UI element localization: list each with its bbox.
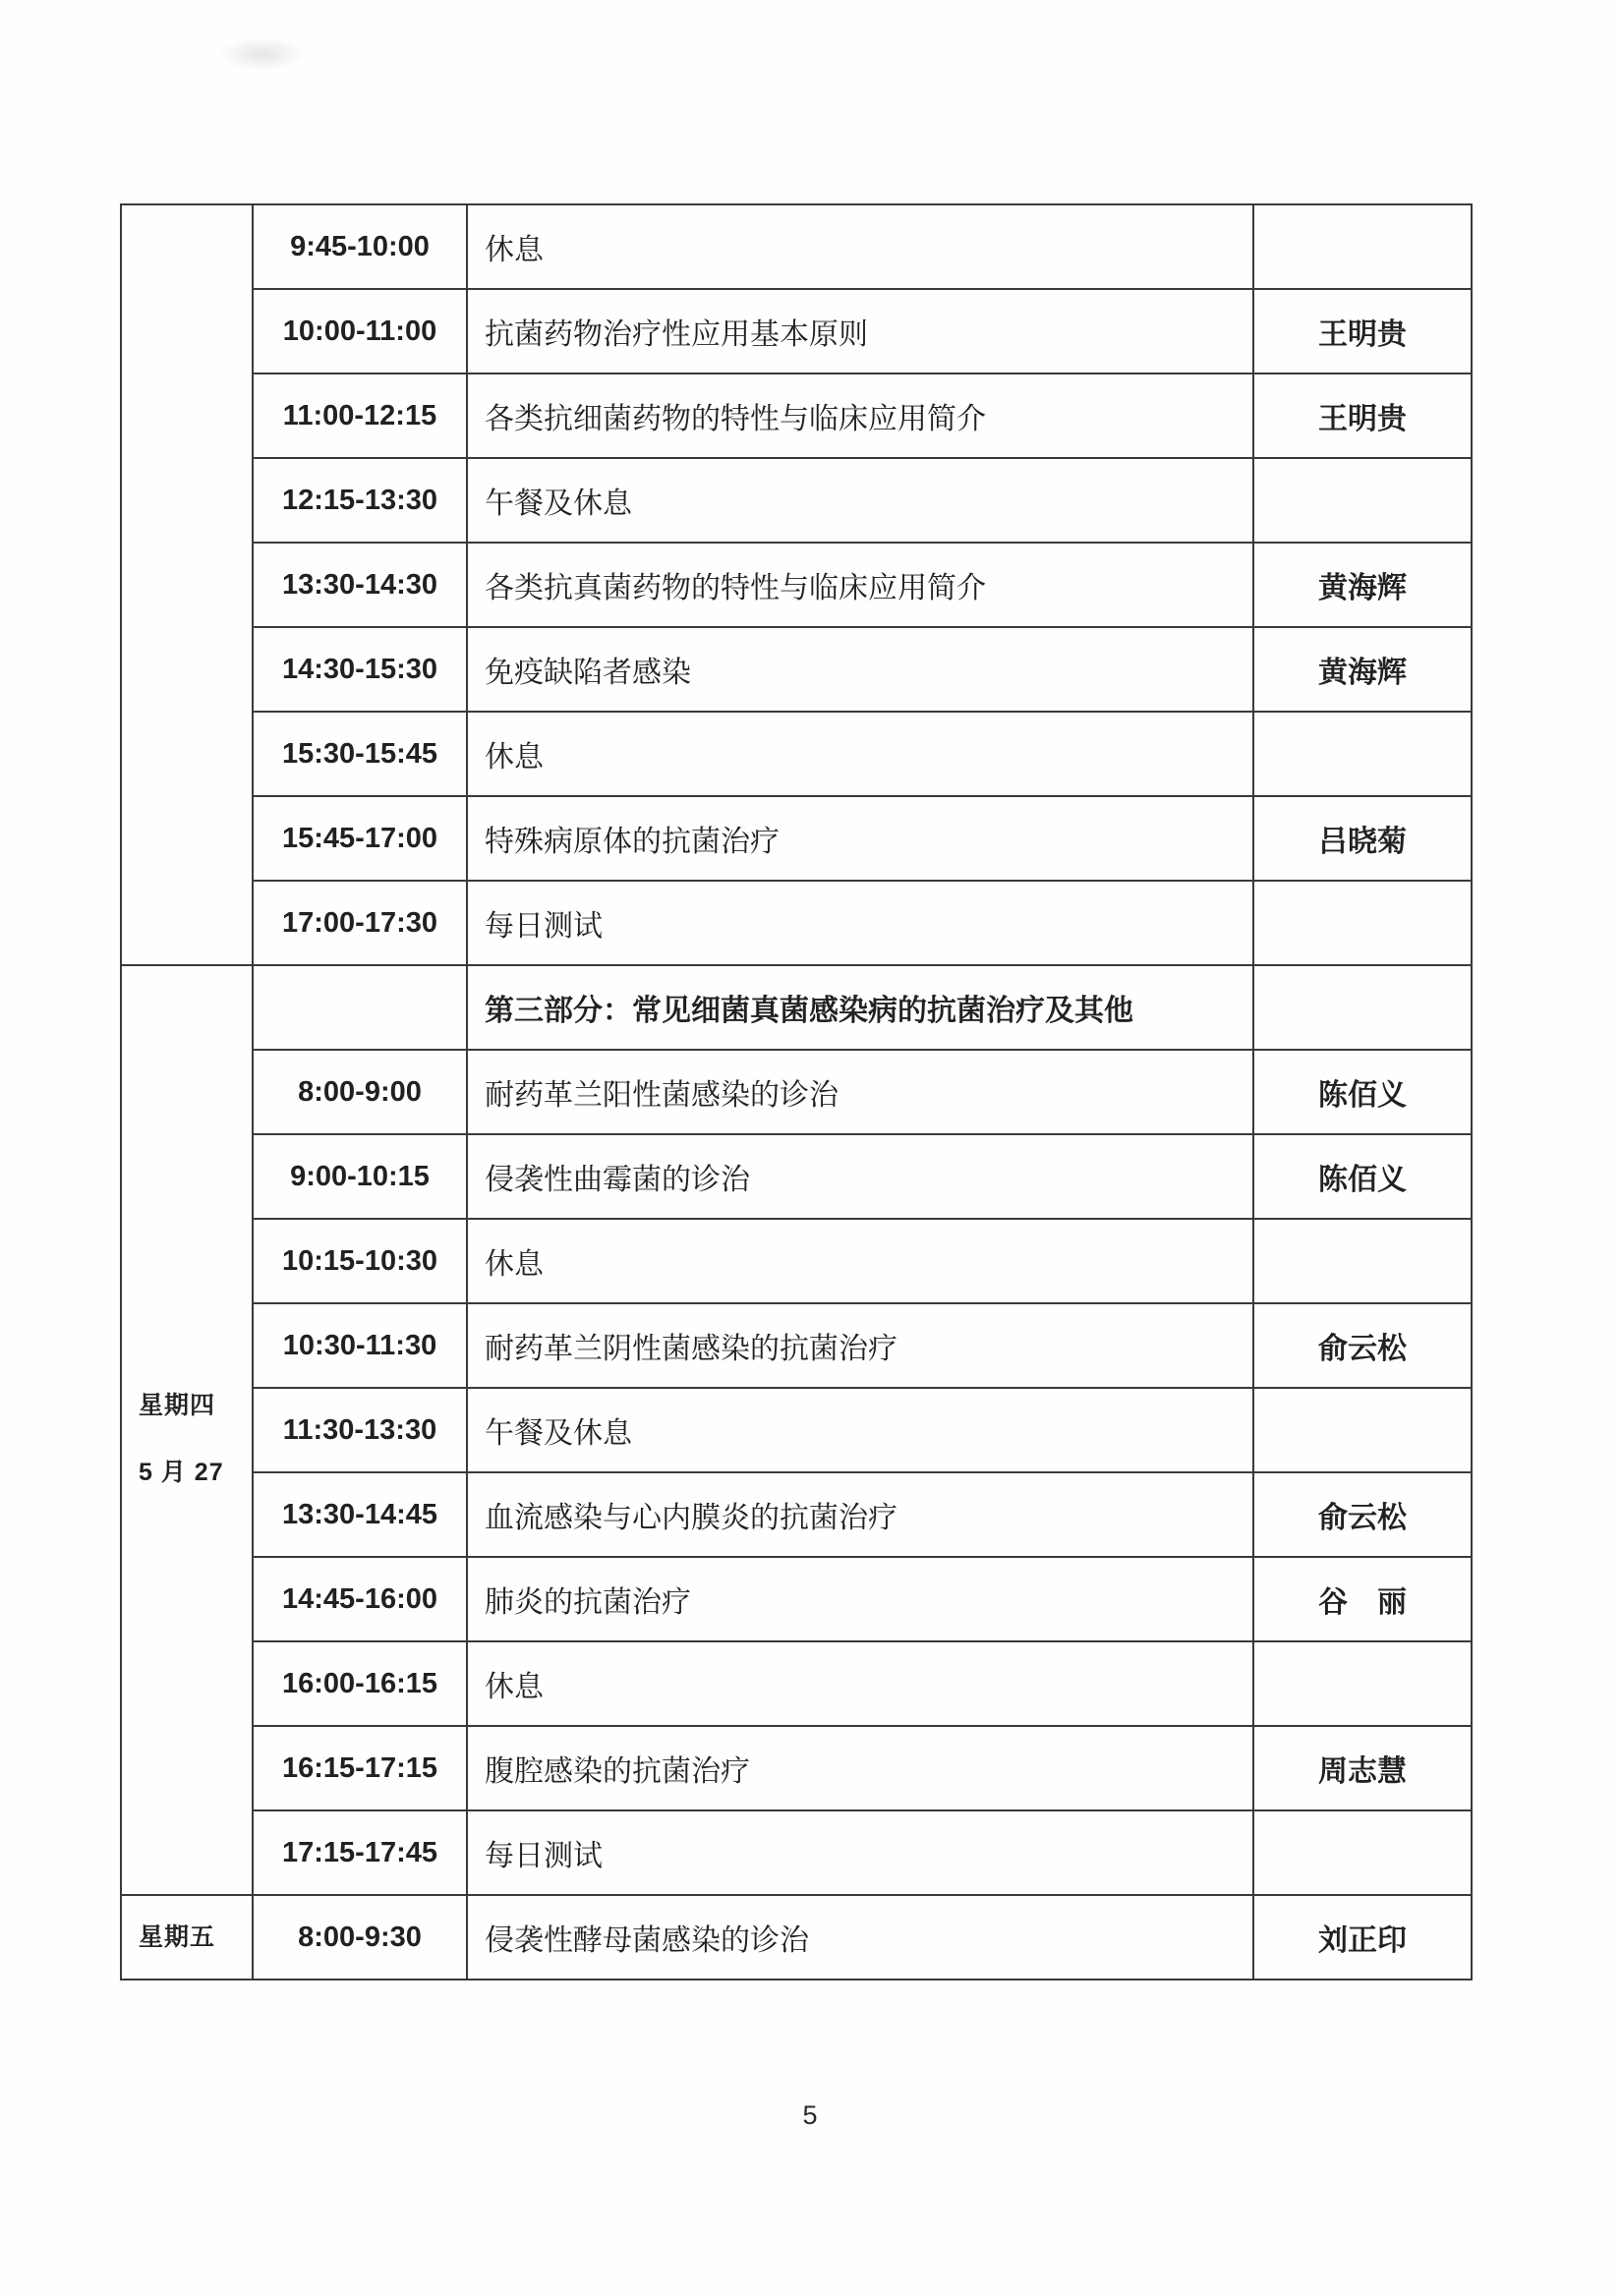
topic-cell: 特殊病原体的抗菌治疗 [467,796,1253,881]
speaker-cell: 周志慧 [1253,1726,1472,1810]
topic-cell: 腹腔感染的抗菌治疗 [467,1726,1253,1810]
schedule-row: 11:00-12:15各类抗细菌药物的特性与临床应用简介王明贵 [121,373,1472,458]
speaker-cell: 陈佰义 [1253,1134,1472,1219]
schedule-row: 星期五8:00-9:30侵袭性酵母菌感染的诊治刘正印 [121,1895,1472,1980]
schedule-row: 16:15-17:15腹腔感染的抗菌治疗周志慧 [121,1726,1472,1810]
time-cell: 14:30-15:30 [253,627,467,712]
topic-cell: 午餐及休息 [467,458,1253,543]
page-number: 5 [0,2100,1620,2131]
schedule-row: 9:00-10:15侵袭性曲霉菌的诊治陈佰义 [121,1134,1472,1219]
time-cell: 12:15-13:30 [253,458,467,543]
topic-cell: 午餐及休息 [467,1388,1253,1472]
topic-cell: 免疫缺陷者感染 [467,627,1253,712]
speaker-cell [1253,1810,1472,1895]
speaker-cell [1253,712,1472,796]
schedule-row: 10:00-11:00抗菌药物治疗性应用基本原则王明贵 [121,289,1472,373]
time-cell: 9:45-10:00 [253,204,467,289]
topic-cell: 侵袭性酵母菌感染的诊治 [467,1895,1253,1980]
time-cell: 10:00-11:00 [253,289,467,373]
schedule-row: 星期四5 月 27第三部分：常见细菌真菌感染病的抗菌治疗及其他 [121,965,1472,1050]
day-cell: 星期五 [121,1895,253,1980]
day-label: 5 月 27 [139,1456,252,1489]
schedule-row: 13:30-14:45血流感染与心内膜炎的抗菌治疗俞云松 [121,1472,1472,1557]
time-cell: 17:00-17:30 [253,881,467,965]
schedule-row: 14:30-15:30免疫缺陷者感染黄海辉 [121,627,1472,712]
speaker-cell: 王明贵 [1253,373,1472,458]
speaker-cell [1253,458,1472,543]
time-cell: 13:30-14:30 [253,543,467,627]
schedule-row: 17:15-17:45每日测试 [121,1810,1472,1895]
time-cell [253,965,467,1050]
document-page: 9:45-10:00休息10:00-11:00抗菌药物治疗性应用基本原则王明贵1… [0,0,1620,2296]
time-cell: 11:00-12:15 [253,373,467,458]
speaker-cell: 黄海辉 [1253,627,1472,712]
day-label: 星期五 [139,1921,252,1954]
topic-cell: 各类抗细菌药物的特性与临床应用简介 [467,373,1253,458]
schedule-row: 14:45-16:00肺炎的抗菌治疗谷 丽 [121,1557,1472,1641]
topic-cell: 休息 [467,1219,1253,1303]
section-header-cell: 第三部分：常见细菌真菌感染病的抗菌治疗及其他 [467,965,1253,1050]
schedule-row: 15:30-15:45休息 [121,712,1472,796]
topic-cell: 耐药革兰阳性菌感染的诊治 [467,1050,1253,1134]
time-cell: 16:15-17:15 [253,1726,467,1810]
schedule-row: 16:00-16:15休息 [121,1641,1472,1726]
speaker-cell: 俞云松 [1253,1472,1472,1557]
schedule-row: 10:30-11:30耐药革兰阴性菌感染的抗菌治疗俞云松 [121,1303,1472,1388]
time-cell: 17:15-17:45 [253,1810,467,1895]
topic-cell: 每日测试 [467,881,1253,965]
day-cell [121,204,253,965]
time-cell: 15:45-17:00 [253,796,467,881]
speaker-cell: 吕晓菊 [1253,796,1472,881]
speaker-cell: 陈佰义 [1253,1050,1472,1134]
schedule-row: 13:30-14:30各类抗真菌药物的特性与临床应用简介黄海辉 [121,543,1472,627]
time-cell: 11:30-13:30 [253,1388,467,1472]
topic-cell: 抗菌药物治疗性应用基本原则 [467,289,1253,373]
day-label: 星期四 [139,1389,252,1422]
time-cell: 8:00-9:30 [253,1895,467,1980]
speaker-cell: 刘正印 [1253,1895,1472,1980]
topic-cell: 肺炎的抗菌治疗 [467,1557,1253,1641]
topic-cell: 血流感染与心内膜炎的抗菌治疗 [467,1472,1253,1557]
speaker-cell [1253,1641,1472,1726]
speaker-cell [1253,204,1472,289]
speaker-cell: 谷 丽 [1253,1557,1472,1641]
time-cell: 10:30-11:30 [253,1303,467,1388]
speaker-cell [1253,965,1472,1050]
schedule-row: 12:15-13:30午餐及休息 [121,458,1472,543]
speaker-cell: 俞云松 [1253,1303,1472,1388]
scan-smudge [218,37,307,71]
topic-cell: 各类抗真菌药物的特性与临床应用简介 [467,543,1253,627]
time-cell: 13:30-14:45 [253,1472,467,1557]
speaker-cell: 王明贵 [1253,289,1472,373]
schedule-row: 15:45-17:00特殊病原体的抗菌治疗吕晓菊 [121,796,1472,881]
schedule-row: 11:30-13:30午餐及休息 [121,1388,1472,1472]
schedule-row: 10:15-10:30休息 [121,1219,1472,1303]
speaker-cell [1253,1388,1472,1472]
schedule-table: 9:45-10:00休息10:00-11:00抗菌药物治疗性应用基本原则王明贵1… [120,203,1473,1980]
schedule-row: 8:00-9:00耐药革兰阳性菌感染的诊治陈佰义 [121,1050,1472,1134]
topic-cell: 休息 [467,204,1253,289]
topic-cell: 每日测试 [467,1810,1253,1895]
topic-cell: 休息 [467,712,1253,796]
time-cell: 15:30-15:45 [253,712,467,796]
topic-cell: 侵袭性曲霉菌的诊治 [467,1134,1253,1219]
schedule-row: 17:00-17:30每日测试 [121,881,1472,965]
speaker-cell [1253,881,1472,965]
time-cell: 14:45-16:00 [253,1557,467,1641]
time-cell: 10:15-10:30 [253,1219,467,1303]
schedule-row: 9:45-10:00休息 [121,204,1472,289]
topic-cell: 耐药革兰阴性菌感染的抗菌治疗 [467,1303,1253,1388]
topic-cell: 休息 [467,1641,1253,1726]
time-cell: 9:00-10:15 [253,1134,467,1219]
speaker-cell [1253,1219,1472,1303]
day-cell: 星期四5 月 27 [121,965,253,1895]
speaker-cell: 黄海辉 [1253,543,1472,627]
time-cell: 16:00-16:15 [253,1641,467,1726]
time-cell: 8:00-9:00 [253,1050,467,1134]
